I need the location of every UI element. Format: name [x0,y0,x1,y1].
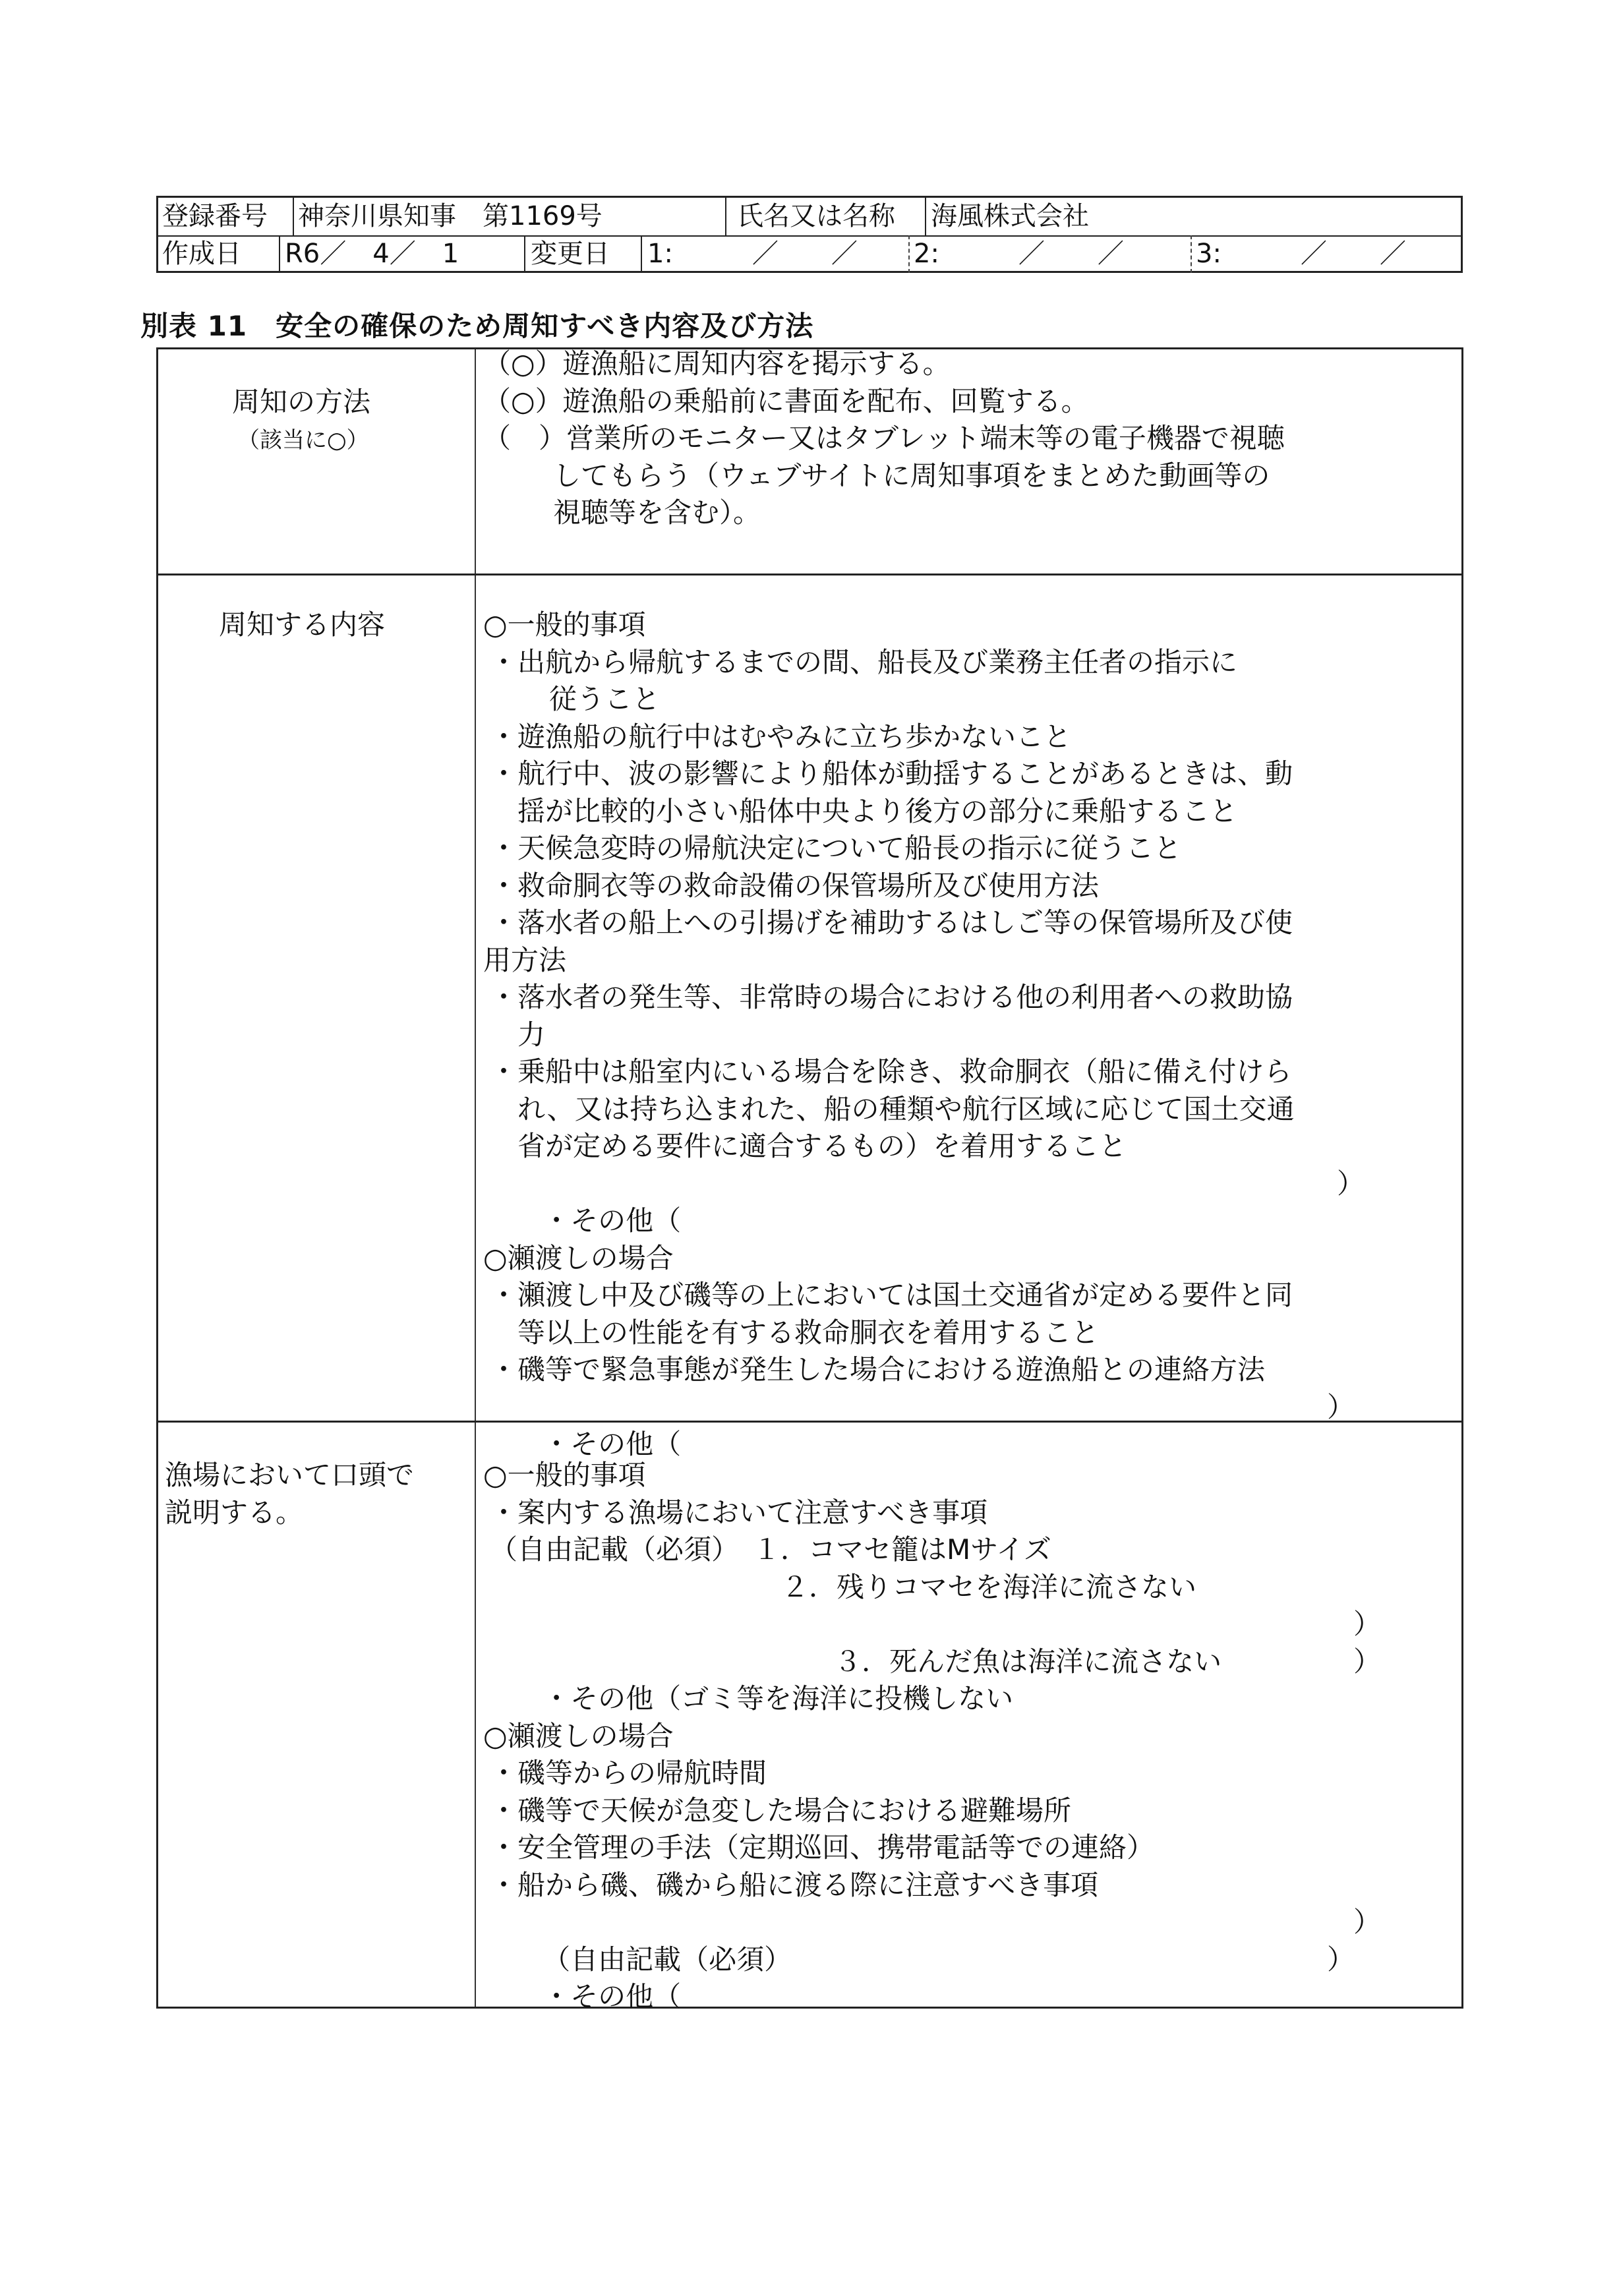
divider [925,198,926,235]
list-item: ・落水者の船上への引揚げを補助するはしご等の保管場所及び使 [483,904,1295,942]
method-content: （○）遊漁船に周知内容を掲示する。 （○）遊漁船の乗船前に書面を配布、回覧する。… [483,345,1285,532]
method-sublabel: （該当に○） [237,422,369,459]
list-item: ・磯等で緊急事態が発生した場合における遊漁船との連絡方法 [483,1351,1295,1389]
registration-number-label: 登録番号 [162,198,268,235]
list-item: ・出航から帰航するまでの間、船長及び業務主任者の指示に [483,644,1295,682]
safety-notice-table: 周知の方法 （該当に○） （○）遊漁船に周知内容を掲示する。 （○）遊漁船の乗船… [156,347,1463,2009]
other-label: ・その他（ゴミ等を海洋に投機しない [543,1682,1013,1715]
list-item: ・天候急変時の帰航決定について船長の指示に従うこと [483,830,1295,868]
registration-number-value: 神奈川県知事 第1169号 [298,198,603,235]
other-item: ・その他（ ） [483,1165,1295,1203]
other-item: ・その他（ゴミ等を海洋に投機しない ） [483,1643,1222,1681]
list-item: ・案内する漁場において注意すべき事項 [483,1494,1222,1532]
divider [725,198,726,235]
iso-heading: ○瀬渡しの場合 [483,1718,1222,1755]
list-item-cont: 省が定める要件に適合するもの）を着用すること [483,1128,1295,1165]
free-entry-item-1: （自由記載（必須） １．コマセ籠はMサイズ [483,1531,1222,1569]
method-option-posting: （○）遊漁船に周知内容を掲示する。 [483,345,1285,383]
list-item: ・磯等からの帰航時間 [483,1755,1222,1792]
registration-header-table: 登録番号 神奈川県知事 第1169号 氏名又は名称 海風株式会社 作成日 R6／… [156,196,1463,273]
method-option-monitor: （ ）営業所のモニター又はタブレット端末等の電子機器で視聴 [483,420,1285,457]
divider [524,235,525,273]
free-entry-item-3: ３．死んだ魚は海洋に流さない ） [483,1606,1222,1643]
row-divider [158,574,1461,575]
method-option-document: （○）遊漁船の乗船前に書面を配布、回覧する。 [483,383,1285,421]
other-input-close: ） [1327,1389,1355,1427]
page-title: 別表 11 安全の確保のため周知すべき内容及び方法 [140,305,813,344]
other-item: ・その他（ ） [483,1941,1222,1979]
list-item: ・乗船中は船室内にいる場合を除き、救命胴衣（船に備え付けら [483,1053,1295,1091]
general-heading: ○一般的事項 [483,1457,1222,1494]
changed-date-label: 変更日 [531,235,610,272]
free-entry-close: ） [1353,1606,1381,1643]
oral-label-line1: 漁場において口頭で [165,1457,414,1494]
method-option-monitor-cont: してもらう（ウェブサイトに周知事項をまとめた動画等の [483,457,1285,495]
list-item: ・落水者の発生等、非常時の場合における他の利用者への救助協 [483,979,1295,1016]
name-label: 氏名又は名称 [737,198,895,235]
list-item: ・安全管理の手法（定期巡回、携帯電話等での連絡） [483,1829,1222,1867]
list-item: ・船から磯、磯から船に渡る際に注意すべき事項 [483,1867,1222,1904]
oral-items: ○一般的事項 ・案内する漁場において注意すべき事項 （自由記載（必須） １．コマ… [483,1457,1222,1978]
change-date-1: 1: ／ ／ [647,235,858,272]
change-date-3: 3: ／ ／ [1196,235,1406,272]
method-option-monitor-cont: 視聴等を含む）。 [483,494,1285,532]
list-item-cont: 等以上の性能を有する救命胴衣を着用すること [483,1314,1295,1352]
content-items: ○一般的事項 ・出航から帰航するまでの間、船長及び業務主任者の指示に 従うこと … [483,606,1295,1426]
other-label: ・その他（ [543,1980,681,2013]
dashed-divider [1191,235,1192,273]
list-item: ・瀬渡し中及び磯等の上においては国土交通省が定める要件と同 [483,1277,1295,1314]
divider [293,198,294,235]
list-item: ・航行中、波の影響により船体が動揺することがあるときは、動 [483,755,1295,793]
other-label: ・その他（ [543,1428,681,1460]
created-date-value: R6／ 4／ 1 [285,235,459,272]
list-item-cont: 用方法 [483,942,1295,980]
general-heading: ○一般的事項 [483,606,1295,644]
iso-heading: ○瀬渡しの場合 [483,1240,1295,1278]
name-value: 海風株式会社 [931,198,1089,235]
free-entry-close: ） [1353,1904,1381,1941]
column-divider [475,349,476,2007]
free-entry-item-2: ２．残りコマセを海洋に流さない [483,1569,1222,1606]
created-date-label: 作成日 [162,235,241,272]
other-input-close: ） [1353,1643,1381,1681]
change-date-2: 2: ／ ／ [914,235,1124,272]
divider [641,235,642,273]
other-input-close: ） [1337,1165,1365,1203]
oral-label-line2: 説明する。 [165,1494,303,1531]
method-label: 周知の方法 [232,384,370,421]
list-item-cont: 従うこと [483,681,1295,719]
other-item: ・その他（ ） [483,1389,1295,1427]
list-item: ・救命胴衣等の救命設備の保管場所及び使用方法 [483,868,1295,905]
list-item: ・磯等で天候が急変した場合における避難場所 [483,1792,1222,1830]
list-item-cont: 力 [483,1016,1295,1054]
dashed-divider [908,235,910,273]
divider [279,235,280,273]
free-entry-item: （自由記載（必須） ） [483,1904,1222,1941]
list-item-cont: 揺が比較的小さい船体中央より後方の部分に乗船すること [483,793,1295,831]
other-label: ・その他（ [543,1204,681,1237]
list-item-cont: れ、又は持ち込まれた、船の種類や航行区域に応じて国土交通 [483,1091,1295,1129]
content-label: 周知する内容 [219,606,385,643]
other-input-close: ） [1327,1941,1355,1979]
list-item: ・遊漁船の航行中はむやみに立ち歩かないこと [483,719,1295,756]
